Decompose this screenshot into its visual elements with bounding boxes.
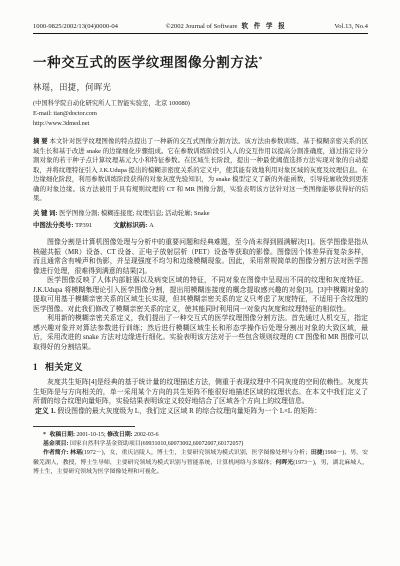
journal-name: ©2002 Journal of Software软 件 学 报: [166, 20, 287, 30]
revised-date-value: 2002-03-6: [134, 432, 159, 438]
email-line: E-mail: tian@doctor.com: [33, 110, 368, 117]
journal-name-cjk: 软 件 学 报: [241, 23, 286, 30]
journal-name-latin: ©2002 Journal of Software: [166, 23, 238, 30]
keywords-label: 关 键 词:: [33, 210, 58, 217]
bio-author-1-name: 林瑶: [70, 450, 82, 456]
clc-value: TP391: [75, 222, 92, 229]
authors-line: 林瑶，田捷，何晖光: [33, 81, 368, 93]
volume-issue: Vol.13, No.4: [334, 23, 368, 30]
footnote-funding: 基金项目: 国家自然科学基金资助项目(69931010,60073002,600…: [33, 440, 368, 449]
footnote-marker: *: [43, 432, 46, 438]
bio-author-2-name: 田捷: [311, 450, 323, 456]
footnotes-block: * 收稿日期: 2001-10-15; 修改日期: 2002-03-6 基金项目…: [33, 431, 368, 477]
doc-code-label: 文献标识码:: [113, 222, 147, 229]
body-paragraph-2: 医学图像反映了人体内部脏器以及病变区域的特征，不同对象在图像中呈现出不同的纹理和…: [33, 276, 368, 314]
abstract-label: 摘 要: [33, 138, 48, 145]
doc-code-value: A: [149, 222, 154, 229]
section-1-title: 相关定义: [45, 362, 83, 372]
article-id: 1000-9825/2002/13(04)0000-04: [33, 23, 118, 30]
section-1-paragraph: 灰度共生矩阵[4]是经典的基于统计量的纹理描述方法，侧重于表现纹理中不同灰度的空…: [33, 378, 368, 407]
abstract-paragraph: 摘 要 本文针对医学纹理图像的特点提出了一种新的交互式图像分割方法。该方法由参数…: [33, 137, 368, 204]
footnote-rule: [33, 426, 135, 427]
bio-label: 作者简介:: [43, 450, 69, 456]
body-paragraph-1: 图像分割是计算机图像处理与分析中的重要问题和经典难题，至今尚未得到圆满解决[1]…: [33, 238, 368, 276]
footnote-author-bios: 作者简介: 林瑶(1972－)，女，重庆涪陵人，博士生，主要研究领域为模式识别，…: [33, 449, 368, 477]
abstract-text: 本文针对医学纹理图像的特点提出了一种新的交互式图像分割方法。该方法由参数训练、基…: [33, 138, 368, 202]
footnote-dates: * 收稿日期: 2001-10-15; 修改日期: 2002-03-6: [33, 431, 368, 440]
definition-1-line: 定义 1. 假设图像的最大灰度级为 L，我们定义区域 R 的综合纹理向量矩阵为一…: [33, 407, 368, 417]
section-1-heading: 1相关定义: [33, 360, 368, 373]
paper-title: 一种交互式的医学纹理图像分割方法*: [33, 51, 368, 71]
journal-header: 1000-9825/2002/13(04)0000-04 ©2002 Journ…: [33, 20, 368, 30]
affiliation-line: (中国科学院自动化研究所人工智能实验室，北京 100080): [33, 98, 368, 107]
classification-line: 中图法分类号: TP391 文献标识码: A: [33, 220, 368, 229]
body-paragraph-3: 利用新的模糊亲密关系定义，我们提出了一种交互式的医学纹理图像分割方法。首先通过人…: [33, 314, 368, 352]
section-1-number: 1: [33, 362, 38, 372]
keywords-text: 医学图像分割; 模糊连接度; 纹理信息; 活动轮廓; Snake: [59, 210, 210, 217]
funding-label: 基金项目:: [43, 441, 69, 447]
keywords-line: 关 键 词: 医学图像分割; 模糊连接度; 纹理信息; 活动轮廓; Snake: [33, 208, 368, 217]
definition-1-text: 假设图像的最大灰度级为 L，我们定义区域 R 的综合纹理向量矩阵为一个 L×L …: [57, 408, 321, 415]
received-date-value: 2001-10-15;: [76, 432, 105, 438]
header-rule: [33, 33, 368, 34]
paper-title-text: 一种交互式的医学纹理图像分割方法: [33, 55, 259, 70]
definition-1-label: 定义 1.: [35, 408, 56, 415]
revised-date-label: 修改日期:: [107, 432, 133, 438]
title-footnote-marker: *: [259, 54, 263, 63]
paper-page: 1000-9825/2002/13(04)0000-04 ©2002 Journ…: [0, 0, 400, 566]
clc-label: 中图法分类号:: [33, 222, 73, 229]
funding-text: 国家自然科学基金资助项目(69931010,60073002,60072007,…: [70, 441, 243, 447]
website-line: http://www.3dmed.net: [33, 120, 368, 127]
bio-author-1-text: (1972－)，女，重庆涪陵人，博士生，主要研究领域为模式识别，医学图像处理与分…: [82, 450, 311, 456]
received-date-label: 收稿日期:: [49, 432, 75, 438]
bio-author-3-name: 何晖光: [275, 460, 293, 466]
